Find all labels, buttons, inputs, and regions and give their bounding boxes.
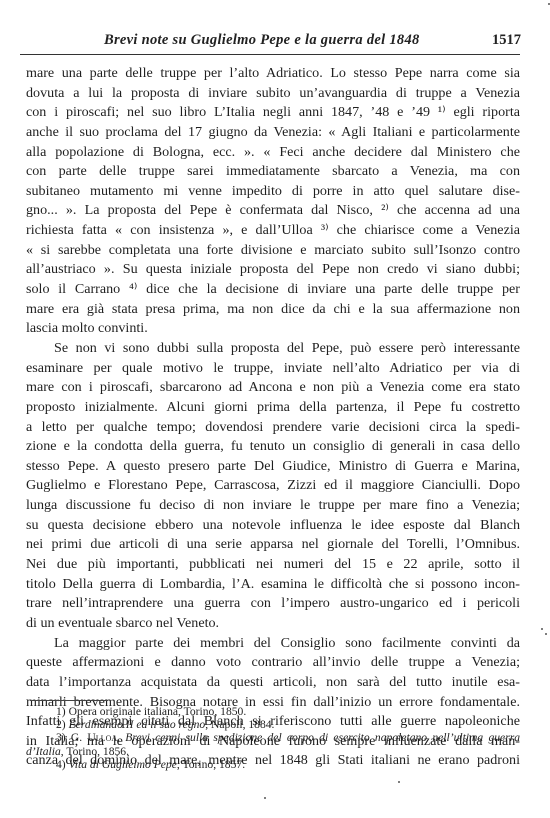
running-header: Brevi note su Guglielmo Pepe e la guerra… [26, 30, 521, 52]
footnote-marker: 3) [56, 731, 66, 744]
body-text: mare una parte delle truppe per l’alto A… [26, 64, 520, 771]
footnote-3: 3) G. Ulloa, Brevi cenni sulla spedizion… [26, 731, 520, 744]
text-line: lascia molto convinti. [26, 319, 520, 339]
text-line: La maggior parte dei membri del Consigli… [26, 634, 520, 654]
page-number: 1517 [492, 32, 521, 49]
running-title: Brevi note su Guglielmo Pepe e la guerra… [104, 32, 420, 49]
text-line: con i piroscafi; nel suo libro L’Italia … [26, 103, 520, 123]
text-line: subitaneo mutamento mi venne impedito di… [26, 182, 520, 202]
text-line: stesso Pepe. A questo presero parte Del … [26, 457, 520, 477]
text-line: mare con i piroscafi, sbarcarono ad Anco… [26, 378, 520, 398]
footnote-title: d’Italia [26, 745, 61, 758]
text-line: Se non vi sono dubbi sulla proposta del … [26, 339, 520, 359]
text-line: con parte delle truppe sarei immediatame… [26, 162, 520, 182]
text-line: dovuta a lui la proposta di inviare subi… [26, 84, 520, 104]
text-line: nei primi due articoli di una serie appa… [26, 535, 520, 555]
footnote-1: 1) Opera originale italiana, Torino, 185… [26, 705, 520, 718]
text-line: queste affermazioni e danno voto contrar… [26, 653, 520, 673]
text-line: anche il suo proclama del 17 giugno da V… [26, 123, 520, 143]
footnote-2: 2) Ferdinando II ed il suo regno, Napoli… [26, 718, 520, 731]
text-line: zione e la condotta della guerra, fu ten… [26, 437, 520, 457]
footnote-marker: 1) [56, 705, 66, 718]
footnote-4: 4) Vita di Guglielmo Pepe, Torino, 1857. [26, 758, 520, 771]
scan-speck [541, 628, 543, 630]
footnote-title: Ferdinando II ed il suo regno [69, 718, 206, 731]
scan-speck [398, 781, 400, 783]
text-line: data l’importanza acquistata da questi a… [26, 673, 520, 693]
footnote-text: , Torino, 1856. [61, 745, 129, 758]
text-line: solo il Carrano ⁴⁾ dice che la decisione… [26, 280, 520, 300]
text-line: proposto inizialmente. Alcuni giorni pri… [26, 398, 520, 418]
text-line: su questa decisione ebbero una notevole … [26, 516, 520, 536]
footnote-text: Opera originale italiana, Torino, 1850. [69, 705, 247, 718]
text-line: richiesta fatta « con insistenza », e da… [26, 221, 520, 241]
footnote-marker: 4) [56, 758, 66, 771]
text-line: alla popolazione di Bologna, ecc. ». « F… [26, 143, 520, 163]
footnote-author: G. Ulloa [71, 731, 117, 744]
text-line: « si sarebbe completata una forte divisi… [26, 241, 520, 261]
footnote-text: , Torino, 1857. [177, 758, 245, 771]
footnote-marker: 2) [56, 718, 66, 731]
text-line: Guglielmo e Florestano Pepe, Carrascosa,… [26, 476, 520, 496]
text-line: mare una parte delle truppe per l’alto A… [26, 64, 520, 84]
text-line: titolo Della guerra di Lombardia, l’A. e… [26, 575, 520, 595]
text-line: lunga discussione fu deciso di non invia… [26, 496, 520, 516]
footnote-rule [30, 700, 108, 701]
text-line: Nei due più importanti, pubblicati nei n… [26, 555, 520, 575]
footnote-title: Vita di Guglielmo Pepe [69, 758, 177, 771]
header-rule [20, 54, 520, 55]
text-line: gno... ». La proposta del Pepe è conferm… [26, 201, 520, 221]
text-line: esaminare per quale motivo le truppe, in… [26, 359, 520, 379]
text-line: a letto per qualche tempo; dovendosi pre… [26, 418, 520, 438]
scan-speck [264, 797, 266, 799]
footnote-text: , Napoli, 1884. [205, 718, 274, 731]
scan-speck [545, 633, 547, 635]
text-line: trare nell’intraprendere una guerra con … [26, 594, 520, 614]
footnote-3-continuation: d’Italia, Torino, 1856. [26, 745, 520, 758]
text-line: all’austriaco ». Su questa iniziale prop… [26, 260, 520, 280]
footnotes: 1) Opera originale italiana, Torino, 185… [26, 705, 520, 771]
text-line: di un eventuale sbarco nel Veneto. [26, 614, 520, 634]
text-line: mare era già stata presa prima, ma non d… [26, 300, 520, 320]
footnote-title: Brevi cenni sulla spedizione del corpo d… [125, 731, 520, 744]
book-page: Brevi note su Guglielmo Pepe e la guerra… [0, 0, 550, 818]
